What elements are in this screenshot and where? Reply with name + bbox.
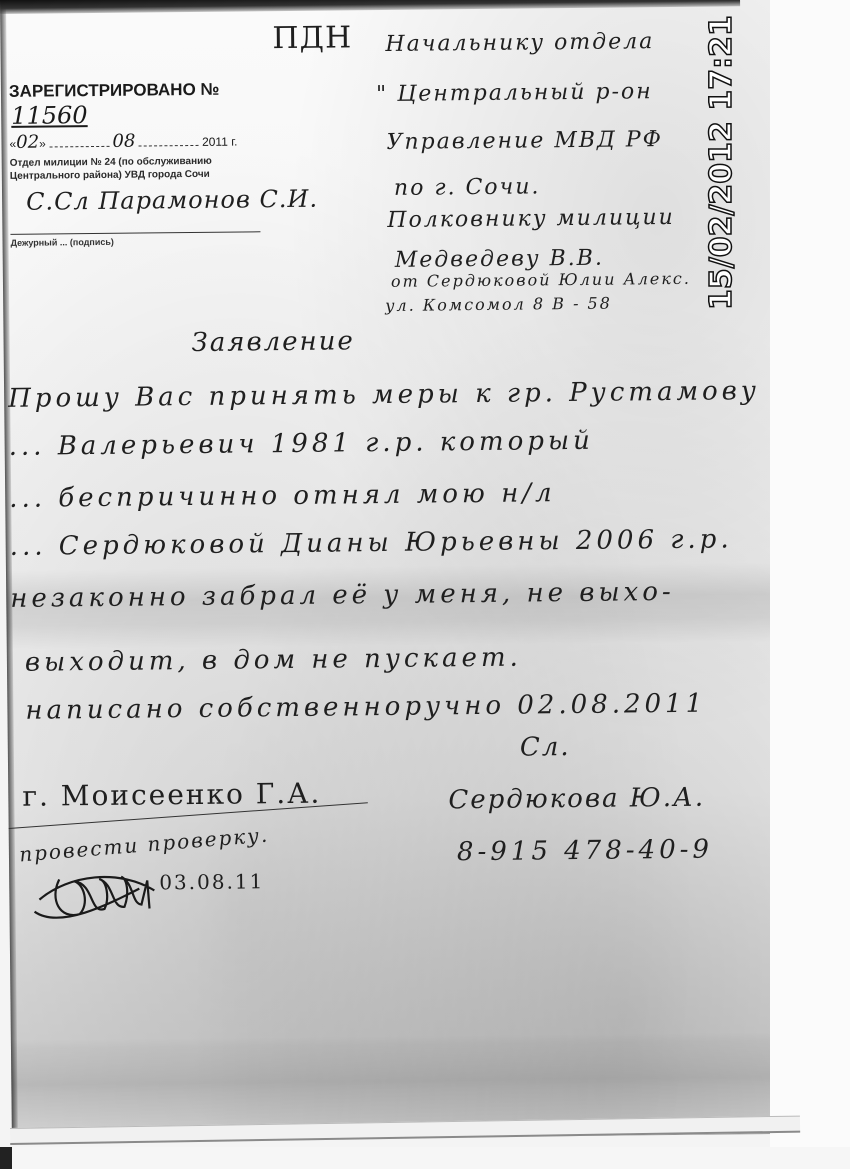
department-line-2: Центрального района) УВД города Сочи xyxy=(10,167,290,183)
body-line-6: выходит, в дом не пускает. xyxy=(25,643,522,678)
scan-bottom-edge xyxy=(0,1147,850,1169)
scan-margin xyxy=(770,0,850,1169)
registration-day: 02 xyxy=(16,132,39,153)
officer-signature-scribble xyxy=(29,858,170,929)
sender-line-1: от Сердюковой Юлии Алекс. xyxy=(391,269,691,291)
body-line-4: ... Сердюковой Дианы Юрьевны 2006 г.р. xyxy=(10,524,733,562)
body-line-1: Прошу Вас принять меры к гр. Рустамову xyxy=(8,376,760,414)
body-line-2: ... Валерьевич 1981 г.р. который xyxy=(9,426,594,462)
signature-line xyxy=(10,231,260,235)
sender-line-2: ул. Комсомол 8 В - 58 xyxy=(385,294,612,315)
applicant-initials-signature: Сл. xyxy=(520,732,571,763)
scan-timestamp: 15/02/2012 17:21 xyxy=(704,15,739,310)
toner-smudge-bottom xyxy=(11,1032,782,1130)
stamp-title: ЗАРЕГИСТРИРОВАНО № xyxy=(9,80,220,101)
statement-heading: Заявление xyxy=(191,326,355,358)
registration-number: 11560 xyxy=(11,101,88,130)
registration-year: 2011 xyxy=(202,135,228,149)
scan-top-shadow xyxy=(0,0,740,14)
scanned-document-page: ЗАРЕГИСТРИРОВАНО № 11560 «02» 08 2011 г.… xyxy=(0,0,782,1142)
pdn-mark: ПДН xyxy=(272,20,352,56)
addressee-line-1: Начальнику отдела xyxy=(385,29,654,57)
duty-officer-signature: С.Сл Парамонов С.И. xyxy=(26,185,318,216)
addressee-line-3: Управление МВД РФ xyxy=(386,127,663,155)
officer-name: г. Моисеенко Г.А. xyxy=(22,777,321,813)
body-line-3: ... беспричинно отнял мою н/л xyxy=(9,478,556,514)
duty-officer-label: Дежурный ... (подпись) xyxy=(10,235,270,248)
addressee-line-6: Медведеву В.В. xyxy=(395,246,604,273)
registration-date: «02» 08 2011 г. xyxy=(9,129,289,153)
addressee-line-5: Полковнику милиции xyxy=(387,205,675,233)
registration-month: 08 xyxy=(112,131,135,152)
registration-stamp: ЗАРЕГИСТРИРОВАНО № 11560 «02» 08 2011 г.… xyxy=(9,79,290,183)
body-line-7: написано собственноручно 02.08.2011 xyxy=(25,689,706,726)
applicant-name: Сердюкова Ю.А. xyxy=(448,783,705,816)
addressee-line-2: " Центральный р-он xyxy=(376,79,653,107)
applicant-phone: 8-915 478-40-9 xyxy=(457,835,713,868)
stamp-department: Отдел милиции № 24 (по обслуживанию Цент… xyxy=(10,154,290,183)
year-suffix: г. xyxy=(231,135,237,149)
officer-note-date: 03.08.11 xyxy=(159,869,264,894)
addressee-line-4: по г. Сочи. xyxy=(394,174,541,201)
